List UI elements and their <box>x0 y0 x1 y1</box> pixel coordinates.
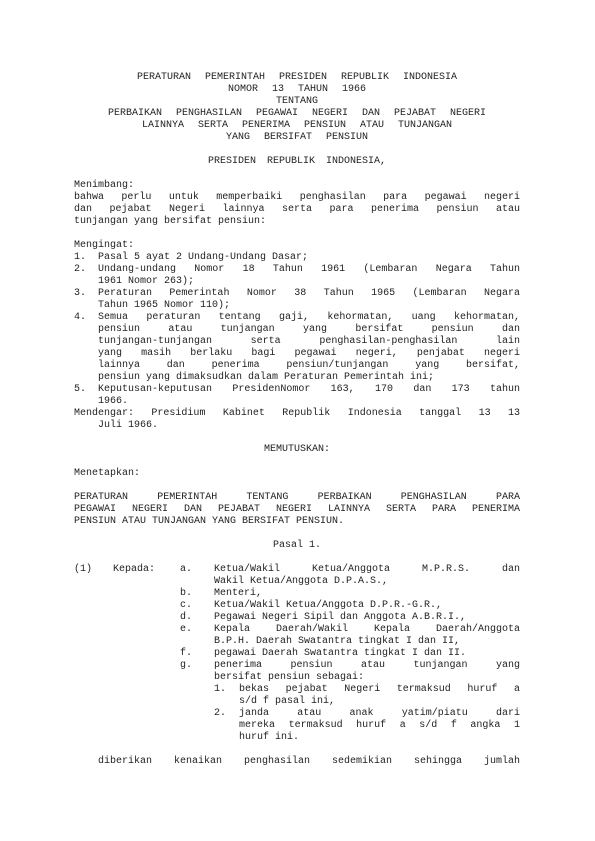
letter-item-line: Kepala Daerah/Wakil Kepala Daerah/Anggot… <box>214 624 520 636</box>
letter-item-letter: e. <box>180 624 214 636</box>
clause-number: (1) <box>74 564 113 576</box>
sub-item: 1. bekas pejabat Negeri termaksud huruf … <box>74 684 520 696</box>
decision-line: PEGAWAI NEGERI DAN PEJABAT NEGERI LAINNY… <box>74 504 520 516</box>
list-item-number: 5. <box>74 384 98 408</box>
letter-item: f. pegawai Daerah Swatantra tingkat I da… <box>74 648 520 660</box>
list-item: 1. Pasal 5 ayat 2 Undang-Undang Dasar; <box>74 252 520 264</box>
sub-item-line: bekas pejabat Negeri termaksud huruf a <box>239 684 520 696</box>
list-item-line: Peraturan Pemerintah Nomor 38 Tahun 1965… <box>98 288 520 300</box>
doc-title: PERATURAN PEMERINTAH PRESIDEN REPUBLIK I… <box>74 72 520 144</box>
mendengar-line: Juli 1966. <box>74 420 520 432</box>
sub-item-number: 1. <box>214 684 239 696</box>
list-item-line: Keputusan-keputusan PresidenNomor 163, 1… <box>98 384 520 396</box>
list-item-line: 1966. <box>98 396 520 408</box>
letter-item-cont: Wakil Ketua/Anggota D.P.A.S., <box>74 576 520 588</box>
letter-item-line: Menteri, <box>214 588 520 600</box>
letter-item-line: bersifat pensiun sebagai: <box>214 672 520 684</box>
letter-item-letter: f. <box>180 648 214 660</box>
list-item-line: Tahun 1965 Nomor 110); <box>98 300 520 312</box>
list-item-number: 1. <box>74 252 98 264</box>
letter-item-letter: b. <box>180 588 214 600</box>
document-content: PERATURAN PEMERINTAH PRESIDEN REPUBLIK I… <box>74 72 520 768</box>
letter-item-line: Wakil Ketua/Anggota D.P.A.S., <box>214 576 520 588</box>
menimbang-line: dan pejabat Negeri lainnya serta para pe… <box>74 204 520 216</box>
list-item-line: Semua peraturan tentang gaji, kehormatan… <box>98 312 520 324</box>
title-line: PERATURAN PEMERINTAH PRESIDEN REPUBLIK I… <box>74 72 520 84</box>
letter-item: d. Pegawai Negeri Sipil dan Anggota A.B.… <box>74 612 520 624</box>
salutation: PRESIDEN REPUBLIK INDONESIA, <box>74 156 520 168</box>
menimbang-label: Menimbang: <box>74 180 520 192</box>
sub-item-number: 2. <box>214 708 239 720</box>
letter-item-cont: bersifat pensiun sebagai: <box>74 672 520 684</box>
letter-item-letter: a. <box>180 564 214 576</box>
title-line: PERBAIKAN PENGHASILAN PEGAWAI NEGERI DAN… <box>74 108 520 120</box>
letter-item-line: Ketua/Wakil Ketua/Anggota M.P.R.S. dan <box>214 564 520 576</box>
sub-item-line: huruf ini. <box>239 732 520 744</box>
sub-item-line: mereka termaksud huruf a s/d f angka 1 <box>239 720 520 732</box>
letter-item-line: Ketua/Wakil Ketua/Anggota D.P.R.-G.R., <box>214 600 520 612</box>
letter-item-cont: B.P.H. Daerah Swatantra tingkat I dan II… <box>74 636 520 648</box>
letter-item: c. Ketua/Wakil Ketua/Anggota D.P.R.-G.R.… <box>74 600 520 612</box>
letter-item-line: Pegawai Negeri Sipil dan Anggota A.B.R.I… <box>214 612 520 624</box>
mengingat-label: Mengingat: <box>74 240 520 252</box>
list-item-line: Pasal 5 ayat 2 Undang-Undang Dasar; <box>98 252 520 264</box>
sub-item-cont: huruf ini. <box>74 732 520 744</box>
list-item: 2. Undang-undang Nomor 18 Tahun 1961 (Le… <box>74 264 520 288</box>
list-item-line: tunjangan-tunjangan serta penghasilan-pe… <box>98 336 520 348</box>
list-item-number: 2. <box>74 264 98 288</box>
decision-line: PENSIUN ATAU TUNJANGAN YANG BERSIFAT PEN… <box>74 516 520 528</box>
menimbang-line: bahwa perlu untuk memperbaiki penghasila… <box>74 192 520 204</box>
list-item-number: 4. <box>74 312 98 384</box>
sub-item: 2. janda atau anak yatim/piatu dari <box>74 708 520 720</box>
title-line: LAINNYA SERTA PENERIMA PENSIUN ATAU TUNJ… <box>74 120 520 132</box>
letter-item: e. Kepala Daerah/Wakil Kepala Daerah/Ang… <box>74 624 520 636</box>
title-line: YANG BERSIFAT PENSIUN <box>74 132 520 144</box>
list-item-line: lainnya dan penerima pensiun/tunjangan y… <box>98 360 520 372</box>
list-item: 3. Peraturan Pemerintah Nomor 38 Tahun 1… <box>74 288 520 312</box>
mendengar-line: Mendengar: Presidium Kabinet Republik In… <box>74 408 520 420</box>
list-item-number: 3. <box>74 288 98 312</box>
sub-item-cont: s/d f pasal ini, <box>74 696 520 708</box>
letter-item-letter: c. <box>180 600 214 612</box>
list-item: 5. Keputusan-keputusan PresidenNomor 163… <box>74 384 520 408</box>
document-page: PERATURAN PEMERINTAH PRESIDEN REPUBLIK I… <box>0 0 595 841</box>
list-item-line: pensiun atau tunjangan yang bersifat pen… <box>98 324 520 336</box>
clause-row: (1) Kepada: a. Ketua/Wakil Ketua/Anggota… <box>74 564 520 576</box>
letter-item-line: pegawai Daerah Swatantra tingkat I dan I… <box>214 648 520 660</box>
menetapkan-label: Menetapkan: <box>74 468 520 480</box>
list-item-line: Undang-undang Nomor 18 Tahun 1961 (Lemba… <box>98 264 520 276</box>
title-line: TENTANG <box>74 96 520 108</box>
sub-item-line: s/d f pasal ini, <box>239 696 520 708</box>
title-line: NOMOR 13 TAHUN 1966 <box>74 84 520 96</box>
clause-label: Kepada: <box>113 564 180 576</box>
sub-item-line: janda atau anak yatim/piatu dari <box>239 708 520 720</box>
letter-item-line: B.P.H. Daerah Swatantra tingkat I dan II… <box>214 636 520 648</box>
letter-item-line: penerima pensiun atau tunjangan yang <box>214 660 520 672</box>
list-item-line: pensiun yang dimaksudkan dalam Peraturan… <box>98 372 520 384</box>
list-item: 4. Semua peraturan tentang gaji, kehorma… <box>74 312 520 384</box>
menimbang-line: tunjangan yang bersifat pensiun: <box>74 216 520 228</box>
pasal-heading: Pasal 1. <box>74 540 520 552</box>
sub-item-cont: mereka termaksud huruf a s/d f angka 1 <box>74 720 520 732</box>
letter-item-letter: d. <box>180 612 214 624</box>
closing-line: diberikan kenaikan penghasilan sedemikia… <box>98 756 520 768</box>
letter-item: b. Menteri, <box>74 588 520 600</box>
list-item-line: yang masih berlaku bagi pegawai negeri, … <box>98 348 520 360</box>
decision-line: PERATURAN PEMERINTAH TENTANG PERBAIKAN P… <box>74 492 520 504</box>
letter-item: g. penerima pensiun atau tunjangan yang <box>74 660 520 672</box>
letter-item-letter: g. <box>180 660 214 672</box>
list-item-line: 1961 Nomor 263); <box>98 276 520 288</box>
closing-paragraph: diberikan kenaikan penghasilan sedemikia… <box>74 756 520 768</box>
memutuskan-heading: MEMUTUSKAN: <box>74 444 520 456</box>
